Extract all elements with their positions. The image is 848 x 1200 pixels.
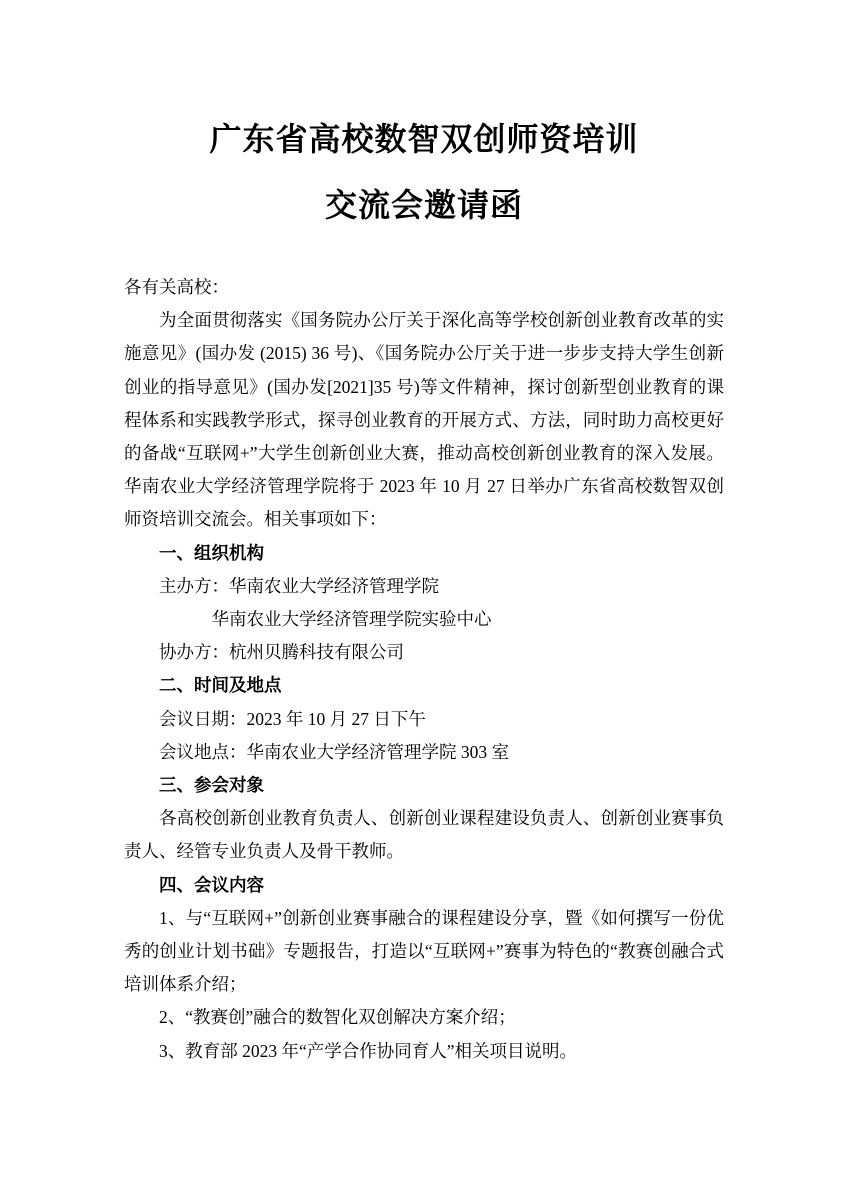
title-line-2: 交流会邀请函 [0,172,848,238]
title-line-1: 广东省高校数智双创师资培训 [0,106,848,172]
document-page: 广东省高校数智双创师资培训 交流会邀请函 各有关高校：为全面贯彻落实《国务院办公… [0,0,848,1200]
paragraph: 华南农业大学经济管理学院实验中心 [124,603,724,636]
paragraph: 为全面贯彻落实《国务院办公厅关于深化高等学校创新创业教育改革的实施意见》(国办发… [124,304,724,536]
paragraph: 2、“教赛创”融合的数智化双创解决方案介绍； [124,1001,724,1034]
document-title: 广东省高校数智双创师资培训 交流会邀请函 [0,0,848,238]
paragraph: 会议日期：2023 年 10 月 27 日下午 [124,703,724,736]
document-body: 各有关高校：为全面贯彻落实《国务院办公厅关于深化高等学校创新创业教育改革的实施意… [124,271,724,1068]
paragraph: 协办方：杭州贝腾科技有限公司 [124,636,724,669]
paragraph: 主办方：华南农业大学经济管理学院 [124,570,724,603]
paragraph: 3、教育部 2023 年“产学合作协同育人”相关项目说明。 [124,1035,724,1068]
section-heading: 四、会议内容 [124,869,724,902]
paragraph: 各有关高校： [124,271,724,304]
section-heading: 一、组织机构 [124,537,724,570]
paragraph: 各高校创新创业教育负责人、创新创业课程建设负责人、创新创业赛事负责人、经管专业负… [124,802,724,868]
section-heading: 二、时间及地点 [124,669,724,702]
paragraph: 会议地点：华南农业大学经济管理学院 303 室 [124,736,724,769]
paragraph: 1、与“互联网+”创新创业赛事融合的课程建设分享，暨《如何撰写一份优秀的创业计划… [124,902,724,1002]
section-heading: 三、参会对象 [124,769,724,802]
